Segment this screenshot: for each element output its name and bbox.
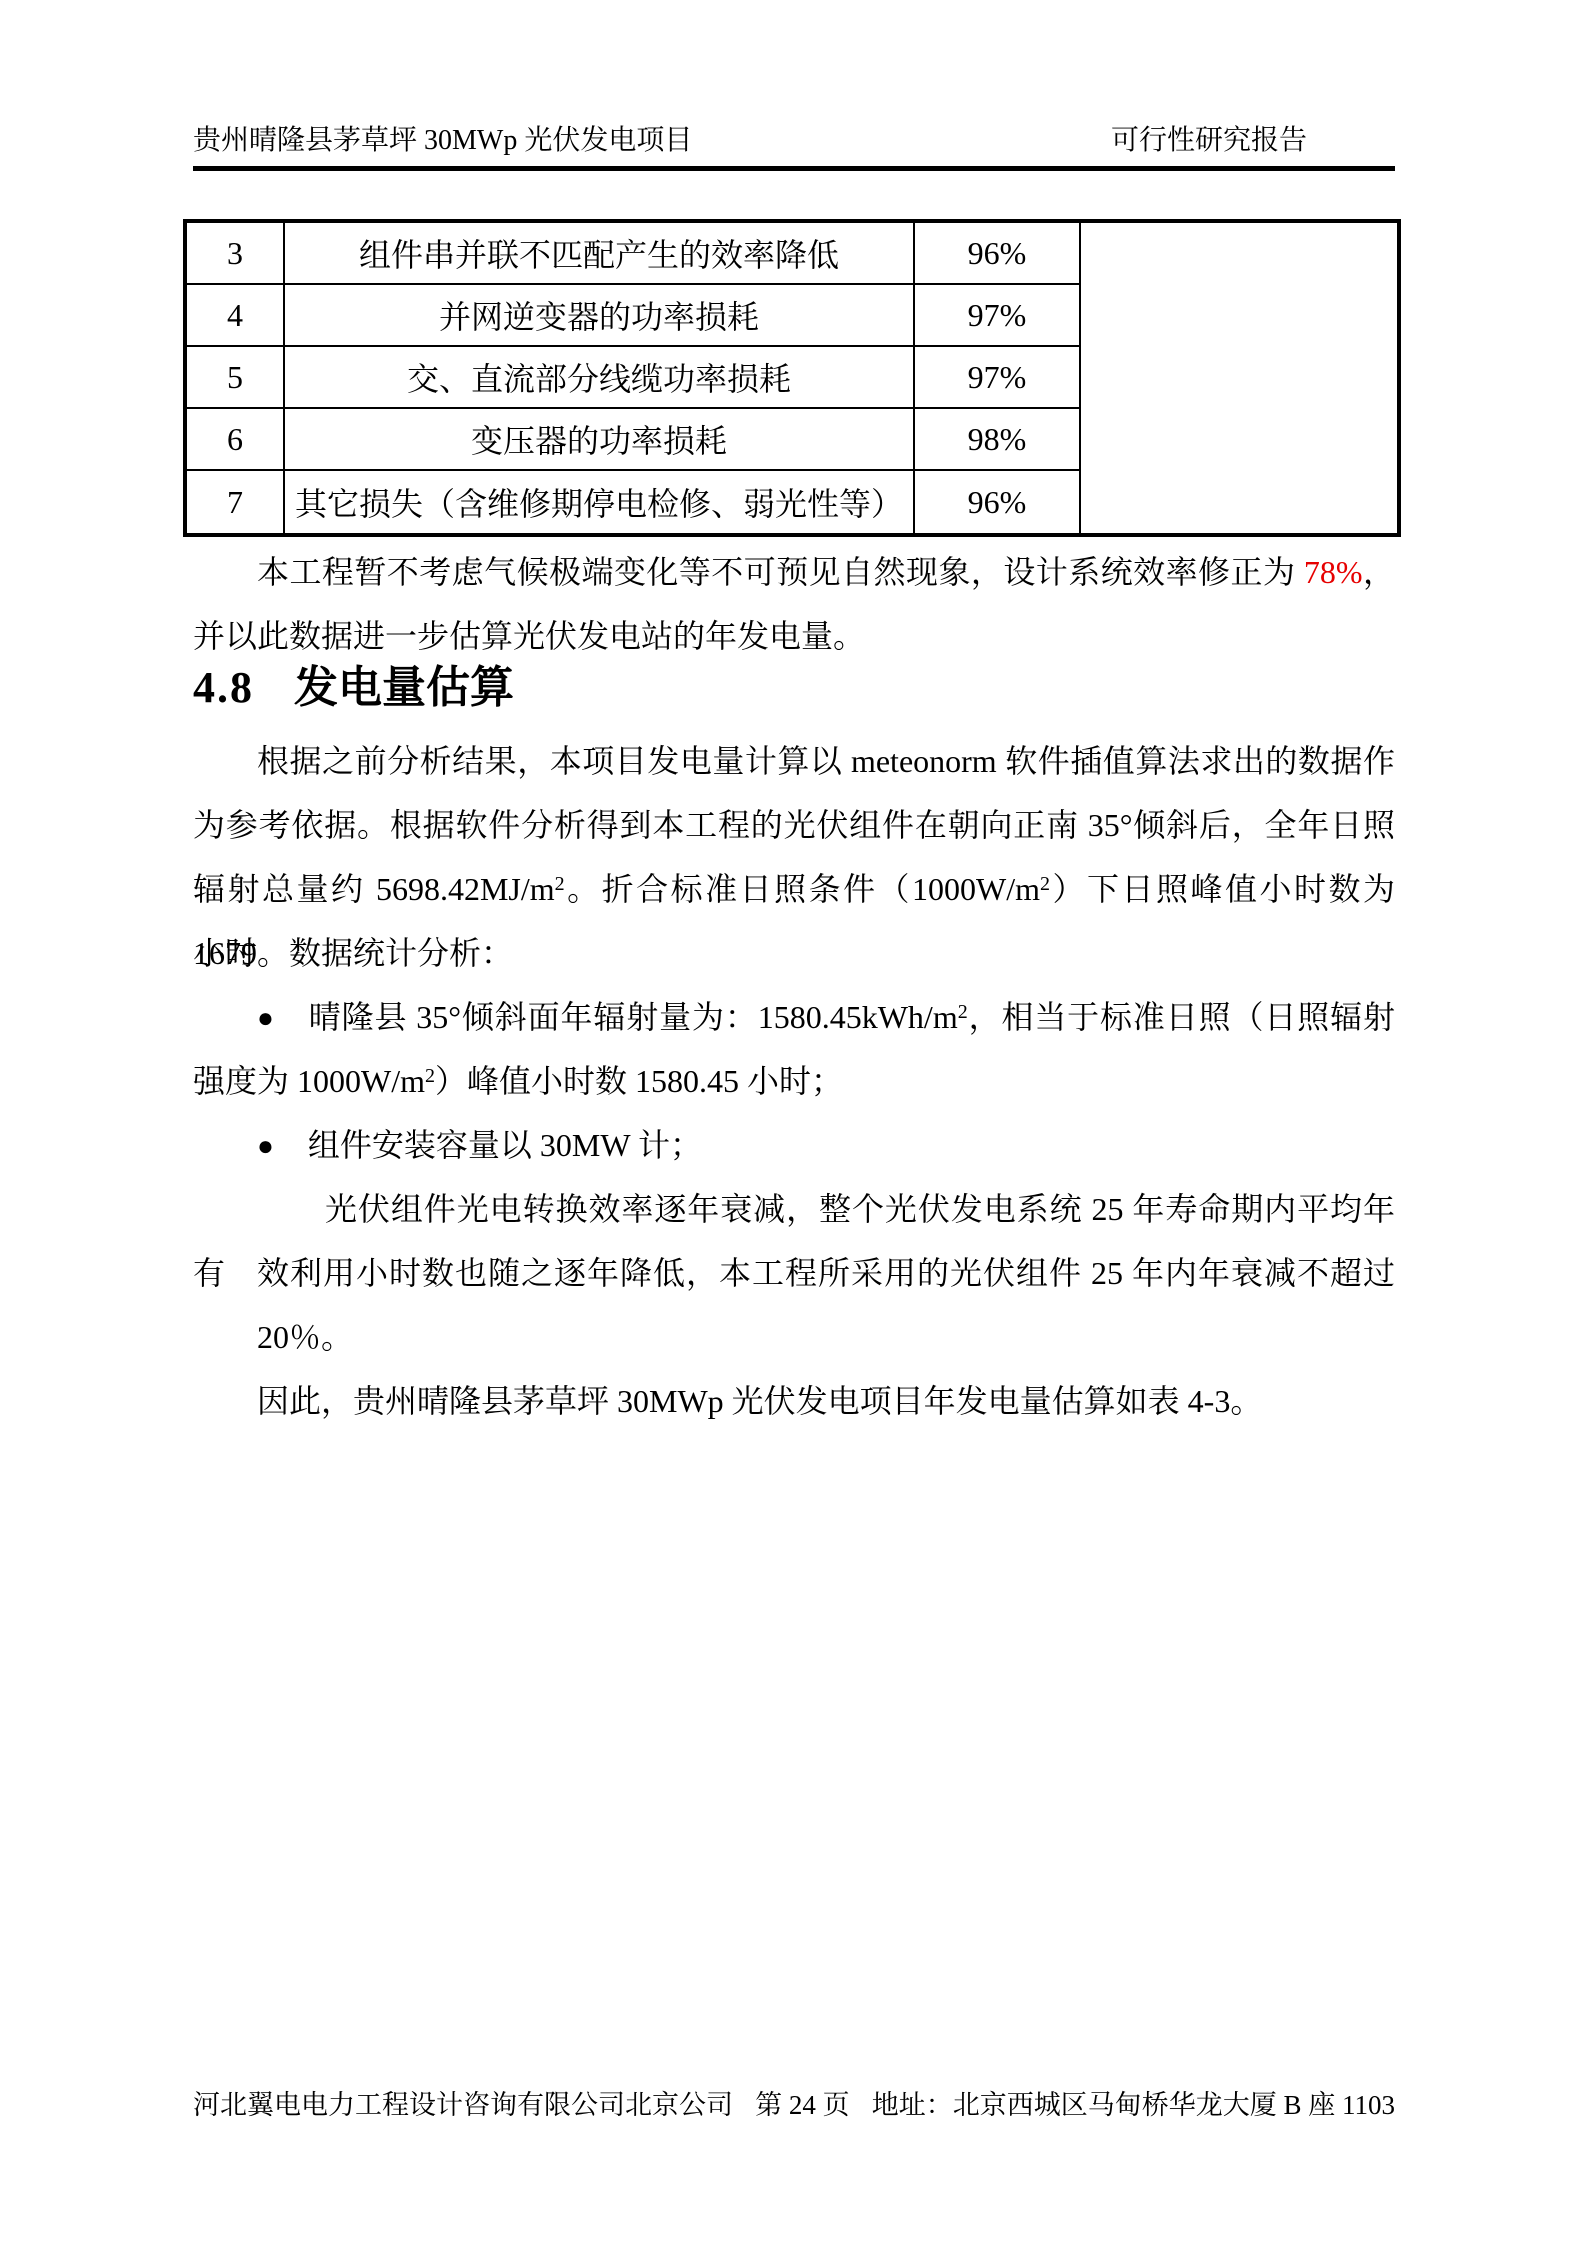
paragraph-line: 小时。数据统计分析： [193, 921, 1395, 985]
page-footer: 河北翼电电力工程设计咨询有限公司北京公司 第 24 页 地址：北京西城区马甸桥华… [193, 2088, 1395, 2122]
header-doc-type: 可行性研究报告 [1111, 124, 1395, 158]
bullet-item: ●晴隆县 35°倾斜面年辐射量为：1580.45kWh/m2，相当于标准日照（日… [193, 985, 1395, 1051]
page-header: 贵州晴隆县茅草坪 30MWp 光伏发电项目 可行性研究报告 [193, 124, 1395, 158]
row-index-cell: 5 [187, 347, 285, 409]
p1-text-end: ， [1363, 554, 1395, 590]
header-project-title: 贵州晴隆县茅草坪 30MWp 光伏发电项目 [193, 124, 692, 158]
b2-text: 组件安装容量以 30MW 计； [308, 1127, 702, 1163]
paragraph-line: 20％。 [193, 1305, 1395, 1369]
p2-l3-a: 辐射总量约 5698.42MJ/m [193, 871, 555, 907]
row-item-cell: 组件串并联不匹配产生的效率降低 [285, 223, 915, 285]
superscript-2: 2 [1040, 873, 1050, 895]
row-index-cell: 3 [187, 223, 285, 285]
superscript-2: 2 [958, 1001, 968, 1023]
p1-text: 本工程暂不考虑气候极端变化等不可预见自然现象，设计系统效率修正为 [257, 554, 1304, 590]
row-value-cell: 97% [915, 347, 1081, 409]
paragraph-line: 因此，贵州晴隆县茅草坪 30MWp 光伏发电项目年发电量估算如表 4-3。 [193, 1369, 1395, 1433]
row-item-cell: 并网逆变器的功率损耗 [285, 285, 915, 347]
bullet-icon: ● [257, 1115, 274, 1179]
bullet-item: ●组件安装容量以 30MW 计； [193, 1113, 1395, 1179]
p2-l3-b: 。折合标准日照条件（1000W/m [565, 871, 1040, 907]
row-value-cell: 96% [915, 471, 1081, 533]
note-column-cell [1081, 223, 1397, 533]
bullet-icon: ● [257, 987, 274, 1051]
b1-l1-b: ，相当于标准日照（日照辐射 [968, 999, 1395, 1035]
b1-l2-b: ）峰值小时数 1580.45 小时； [435, 1063, 843, 1099]
p1-highlight: 78% [1304, 554, 1363, 590]
b1-l1-a: 晴隆县 35°倾斜面年辐射量为：1580.45kWh/m [308, 999, 958, 1035]
paragraph-line: 效利用小时数也随之逐年降低，本工程所采用的光伏组件 25 年内年衰减不超过 [193, 1241, 1395, 1305]
header-rule [193, 166, 1395, 171]
row-value-cell: 97% [915, 285, 1081, 347]
superscript-2: 2 [555, 873, 565, 895]
row-item-cell: 交、直流部分线缆功率损耗 [285, 347, 915, 409]
footer-company: 河北翼电电力工程设计咨询有限公司北京公司 [193, 2088, 733, 2122]
loss-table: 3 组件串并联不匹配产生的效率降低 96% 4 并网逆变器的功率损耗 97% 5… [183, 219, 1401, 537]
row-index-cell: 7 [187, 471, 285, 533]
section-title: 发电量估算 [294, 663, 514, 712]
section-heading: 4.8发电量估算 [193, 656, 1395, 720]
document-page: 贵州晴隆县茅草坪 30MWp 光伏发电项目 可行性研究报告 3 组件串并联不匹配… [0, 0, 1587, 2245]
section-number: 4.8 [193, 656, 254, 720]
footer-page-number: 第 24 页 [755, 2088, 850, 2122]
row-value-cell: 96% [915, 223, 1081, 285]
superscript-2: 2 [425, 1065, 435, 1087]
row-item-cell: 其它损失（含维修期停电检修、弱光性等） [285, 471, 915, 533]
paragraph-line: 本工程暂不考虑气候极端变化等不可预见自然现象，设计系统效率修正为 78%， [193, 540, 1395, 604]
row-value-cell: 98% [915, 409, 1081, 471]
row-index-cell: 4 [187, 285, 285, 347]
row-item-cell: 变压器的功率损耗 [285, 409, 915, 471]
bullet-continuation-line: 强度为 1000W/m2）峰值小时数 1580.45 小时； [193, 1049, 1395, 1113]
paragraph-line: 为参考依据。根据软件分析得到本工程的光伏组件在朝向正南 35°倾斜后，全年日照 [193, 793, 1395, 857]
paragraph-line: 根据之前分析结果，本项目发电量计算以 meteonorm 软件插值算法求出的数据… [193, 729, 1395, 793]
footer-address: 地址：北京西城区马甸桥华龙大厦 B 座 1103 [872, 2088, 1395, 2122]
b1-l2-a: 强度为 1000W/m [193, 1063, 425, 1099]
row-index-cell: 6 [187, 409, 285, 471]
